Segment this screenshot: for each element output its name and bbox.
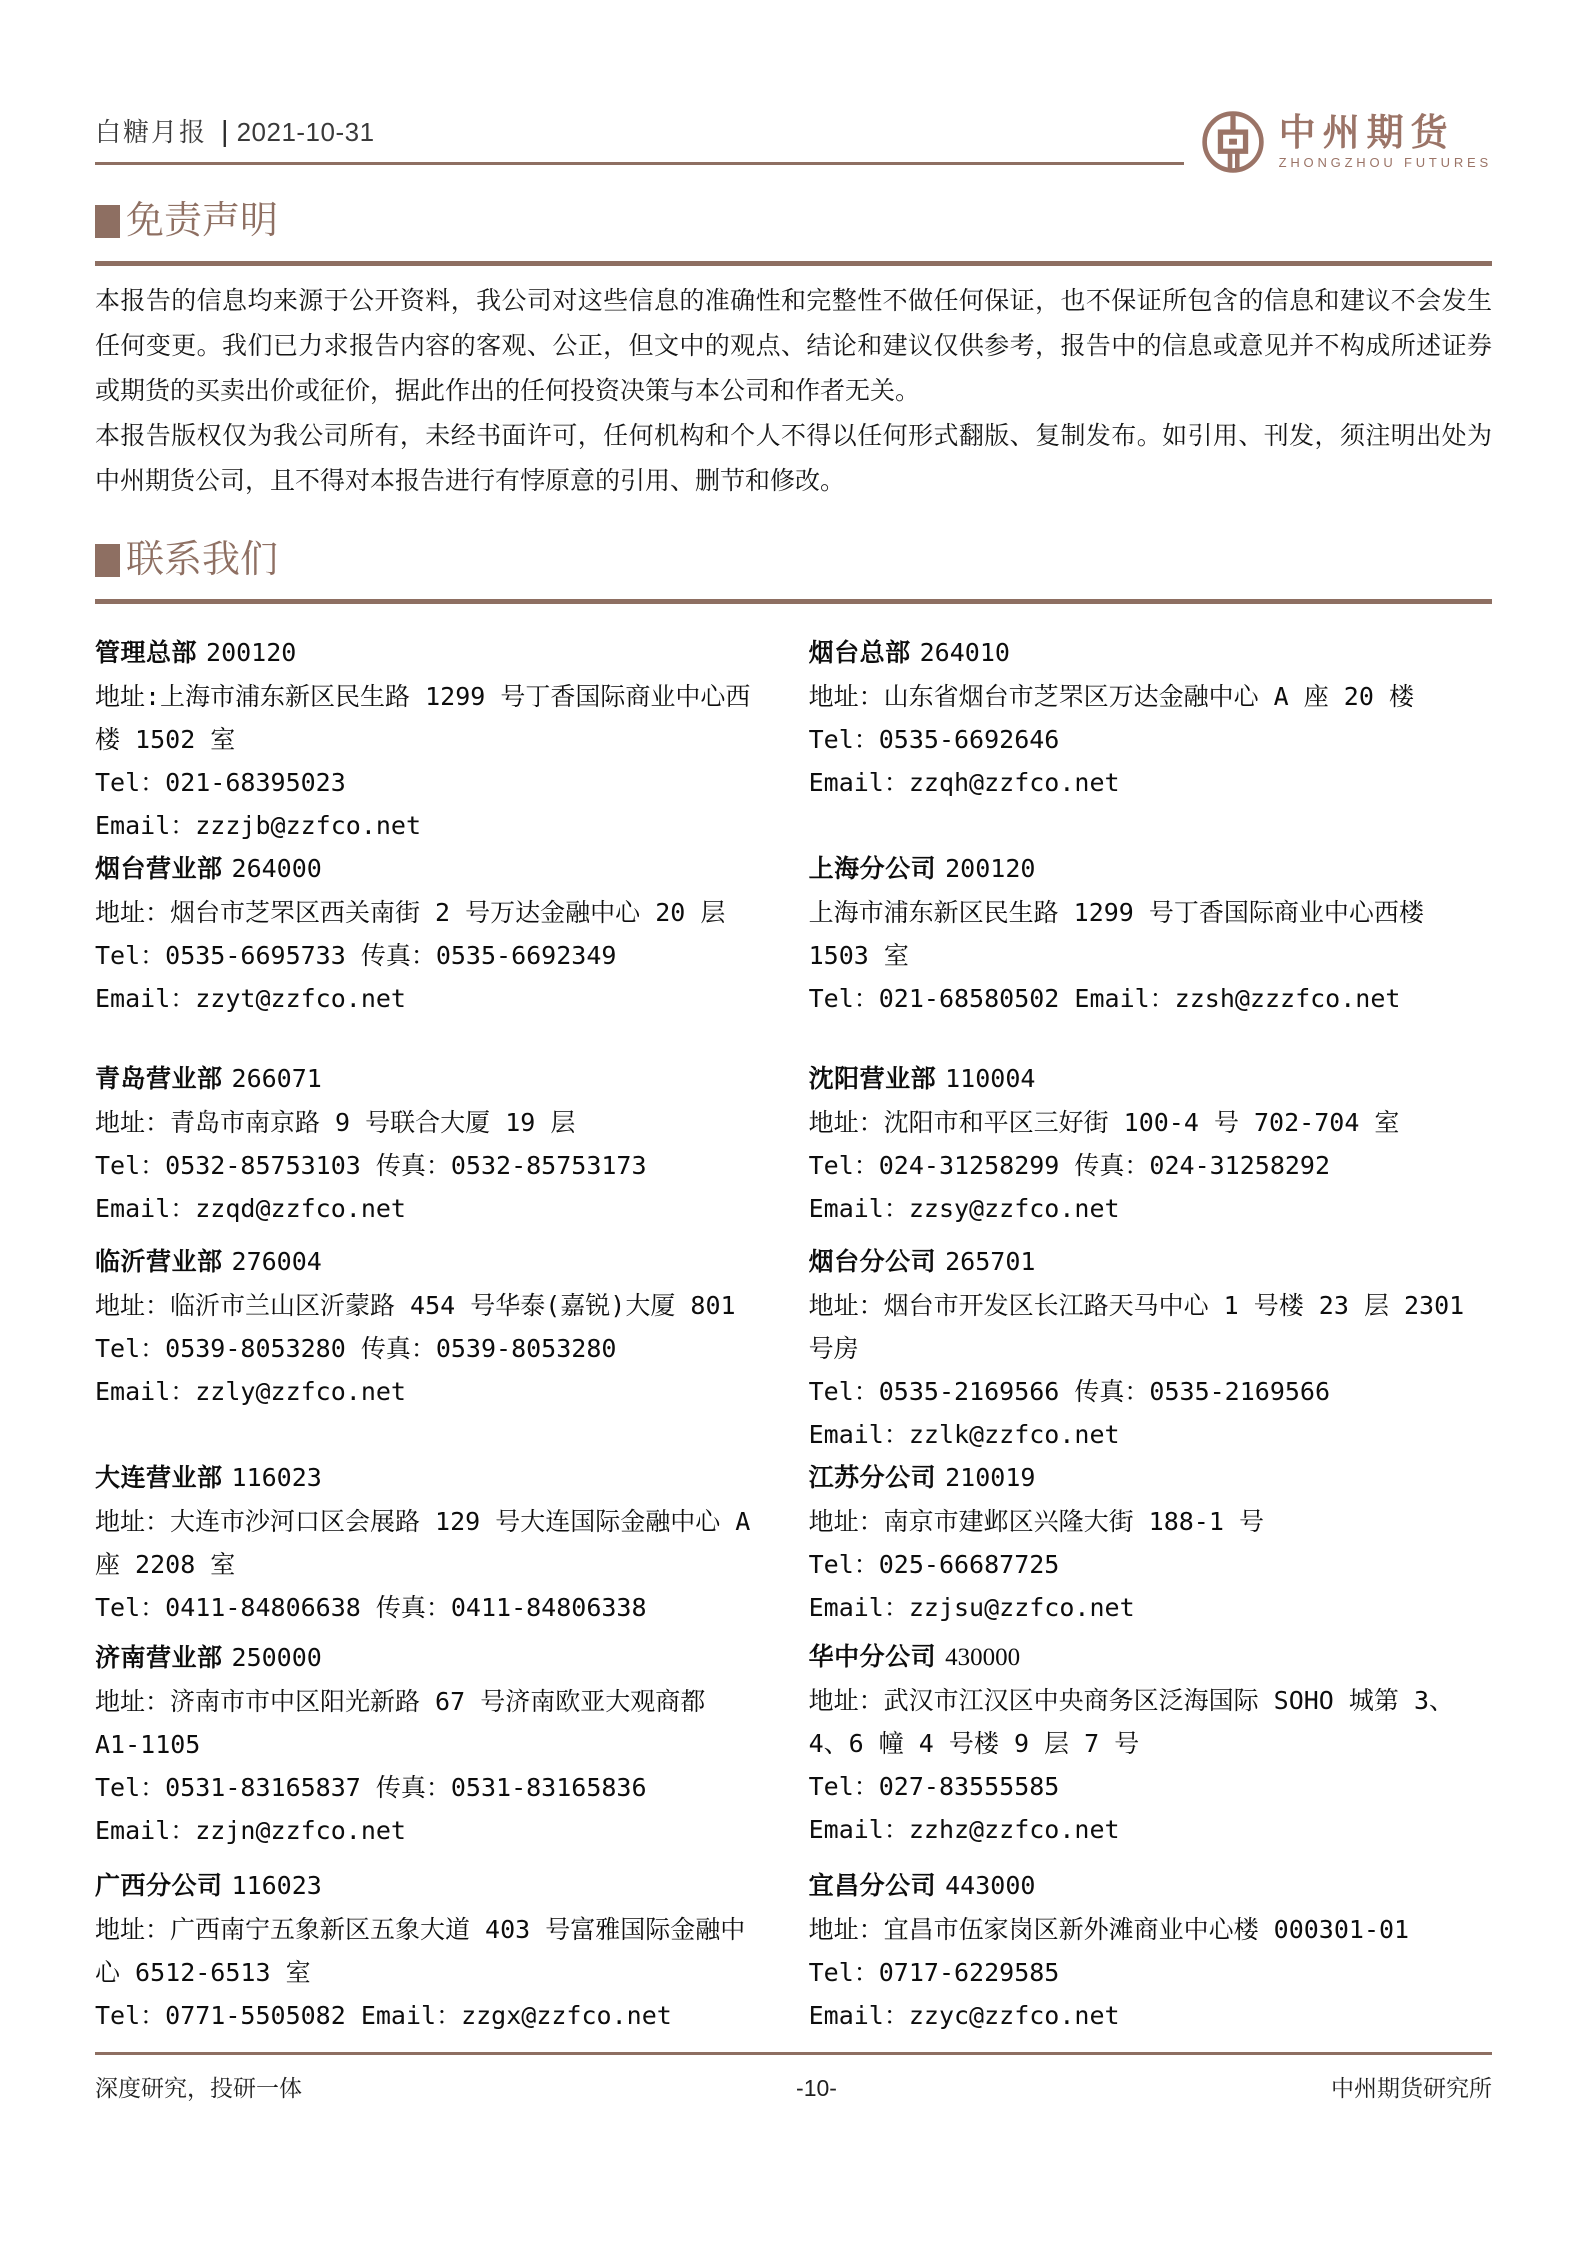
office-header: 烟台总部264010 <box>809 631 1492 675</box>
office-header: 烟台分公司265701 <box>809 1240 1492 1284</box>
disclaimer-title-rule <box>95 261 1492 266</box>
office-block: 烟台营业部264000 地址：烟台市芝罘区西关南街 2 号万达金融中心 20 层… <box>95 847 759 1020</box>
office-line: 地址：南京市建邺区兴隆大街 188-1 号 <box>809 1500 1492 1543</box>
office-header: 烟台营业部264000 <box>95 847 759 891</box>
office-header: 江苏分公司210019 <box>809 1456 1492 1500</box>
office-block: 沈阳营业部110004 地址：沈阳市和平区三好街 100-4 号 702-704… <box>809 1057 1492 1230</box>
contact-cell-right: 华中分公司430000 地址：武汉市江汉区中央商务区泛海国际 SOHO 城第 3… <box>809 1636 1492 1851</box>
office-postcode: 116023 <box>232 1871 322 1900</box>
page-footer: 深度研究，投研一体 -10- 中州期货研究所 <box>95 2052 1492 2103</box>
company-logo: 中州期货 ZHONGZHOU FUTURES <box>1184 106 1492 181</box>
office-line: 地址:上海市浦东新区民生路 1299 号丁香国际商业中心西楼 1502 室 <box>95 675 759 761</box>
office-name: 烟台营业部 <box>95 855 223 883</box>
office-postcode: 265701 <box>945 1247 1035 1276</box>
header-divider: | <box>221 116 229 149</box>
office-line: Tel：027-83555585 <box>809 1765 1492 1808</box>
contact-row: 临沂营业部276004 地址：临沂市兰山区沂蒙路 454 号华泰(嘉锐)大厦 8… <box>95 1240 1492 1456</box>
contact-cell-left: 广西分公司116023 地址：广西南宁五象新区五象大道 403 号富雅国际金融中… <box>95 1864 759 2037</box>
office-line: Tel：0532-85753103 传真：0532-85753173 <box>95 1144 759 1187</box>
contact-cell-right: 烟台总部264010 地址：山东省烟台市芝罘区万达金融中心 A 座 20 楼Te… <box>809 631 1492 804</box>
office-name: 宜昌分公司 <box>809 1872 937 1900</box>
office-block: 烟台总部264010 地址：山东省烟台市芝罘区万达金融中心 A 座 20 楼Te… <box>809 631 1492 804</box>
office-line: 地址：青岛市南京路 9 号联合大厦 19 层 <box>95 1101 759 1144</box>
section-title-contacts: 联系我们 <box>95 537 1492 585</box>
office-line: Email：zzlk@zzfco.net <box>809 1413 1492 1456</box>
office-block: 临沂营业部276004 地址：临沂市兰山区沂蒙路 454 号华泰(嘉锐)大厦 8… <box>95 1240 759 1413</box>
logo-mark-icon <box>1200 109 1266 175</box>
contact-row: 管理总部200120 地址:上海市浦东新区民生路 1299 号丁香国际商业中心西… <box>95 631 1492 847</box>
office-name: 上海分公司 <box>809 855 937 883</box>
office-line: Email：zzzjb@zzfco.net <box>95 804 759 847</box>
office-name: 烟台分公司 <box>809 1248 937 1276</box>
office-name: 临沂营业部 <box>95 1248 223 1276</box>
footer-institute: 中州期货研究所 <box>1331 2070 1492 2103</box>
contact-cell-left: 烟台营业部264000 地址：烟台市芝罘区西关南街 2 号万达金融中心 20 层… <box>95 847 759 1020</box>
contact-cell-left: 济南营业部250000 地址：济南市市中区阳光新路 67 号济南欧亚大观商都 A… <box>95 1636 759 1852</box>
office-line: Email：zzly@zzfco.net <box>95 1370 759 1413</box>
office-postcode: 266071 <box>232 1064 322 1093</box>
office-line: 地址：广西南宁五象新区五象大道 403 号富雅国际金融中心 6512-6513 … <box>95 1908 759 1994</box>
office-line: Tel：021-68580502 Email：zzsh@zzzfco.net <box>809 977 1492 1020</box>
office-line: Tel：0717-6229585 <box>809 1951 1492 1994</box>
doc-date: 2021-10-31 <box>237 117 375 148</box>
office-line: Email：zzsy@zzfco.net <box>809 1187 1492 1230</box>
brand-name-cn: 中州期货 <box>1279 114 1492 153</box>
office-postcode: 443000 <box>945 1871 1035 1900</box>
office-name: 管理总部 <box>95 639 197 667</box>
office-postcode: 200120 <box>206 638 296 667</box>
office-name: 济南营业部 <box>95 1644 223 1672</box>
office-header: 华中分公司430000 <box>809 1636 1492 1679</box>
contact-cell-right: 烟台分公司265701 地址：烟台市开发区长江路天马中心 1 号楼 23 层 2… <box>809 1240 1492 1456</box>
contact-row: 大连营业部116023 地址：大连市沙河口区会展路 129 号大连国际金融中心 … <box>95 1456 1492 1636</box>
office-postcode: 250000 <box>232 1643 322 1672</box>
office-name: 大连营业部 <box>95 1464 223 1492</box>
office-line: 地址：济南市市中区阳光新路 67 号济南欧亚大观商都 A1-1105 <box>95 1680 759 1766</box>
contacts-grid: 管理总部200120 地址:上海市浦东新区民生路 1299 号丁香国际商业中心西… <box>95 631 1492 2037</box>
office-block: 江苏分公司210019 地址：南京市建邺区兴隆大街 188-1 号Tel：025… <box>809 1456 1492 1629</box>
office-line: 地址：武汉市江汉区中央商务区泛海国际 SOHO 城第 3、4、6 幢 4 号楼 … <box>809 1679 1492 1765</box>
office-line: 地址：大连市沙河口区会展路 129 号大连国际金融中心 A 座 2208 室 <box>95 1500 759 1586</box>
contacts-title-rule <box>95 599 1492 604</box>
disclaimer-paragraph: 本报告版权仅为我公司所有，未经书面许可，任何机构和个人不得以任何形式翻版、复制发… <box>95 414 1492 504</box>
office-postcode: 264000 <box>232 854 322 883</box>
footer-slogan: 深度研究，投研一体 <box>95 2070 302 2103</box>
section-bullet-icon <box>95 205 120 238</box>
office-block: 烟台分公司265701 地址：烟台市开发区长江路天马中心 1 号楼 23 层 2… <box>809 1240 1492 1456</box>
office-line: Tel：0535-2169566 传真：0535-2169566 <box>809 1370 1492 1413</box>
contact-cell-left: 大连营业部116023 地址：大连市沙河口区会展路 129 号大连国际金融中心 … <box>95 1456 759 1629</box>
office-line: Email：zzjn@zzfco.net <box>95 1809 759 1852</box>
office-header: 管理总部200120 <box>95 631 759 675</box>
contact-cell-right: 宜昌分公司443000 地址：宜昌市伍家岗区新外滩商业中心楼 000301-01… <box>809 1864 1492 2037</box>
contact-cell-left: 临沂营业部276004 地址：临沂市兰山区沂蒙路 454 号华泰(嘉锐)大厦 8… <box>95 1240 759 1413</box>
brand-name-en: ZHONGZHOU FUTURES <box>1279 155 1492 170</box>
office-postcode: 276004 <box>232 1247 322 1276</box>
office-line: Email：zzjsu@zzfco.net <box>809 1586 1492 1629</box>
disclaimer-title: 免责声明 <box>126 198 278 246</box>
office-line: 地址：山东省烟台市芝罘区万达金融中心 A 座 20 楼 <box>809 675 1492 718</box>
office-block: 上海分公司200120 上海市浦东新区民生路 1299 号丁香国际商业中心西楼 … <box>809 847 1492 1020</box>
office-header: 济南营业部250000 <box>95 1636 759 1680</box>
office-line: 地址：烟台市芝罘区西关南街 2 号万达金融中心 20 层 <box>95 891 759 934</box>
office-line: Email：zzhz@zzfco.net <box>809 1808 1492 1851</box>
disclaimer-paragraph: 本报告的信息均来源于公开资料，我公司对这些信息的准确性和完整性不做任何保证，也不… <box>95 279 1492 414</box>
report-page: 白糖月报 | 2021-10-31 中州期货 <box>0 0 1587 2245</box>
contact-cell-right: 上海分公司200120 上海市浦东新区民生路 1299 号丁香国际商业中心西楼 … <box>809 847 1492 1020</box>
office-name: 广西分公司 <box>95 1872 223 1900</box>
office-header: 青岛营业部266071 <box>95 1057 759 1101</box>
contact-row: 青岛营业部266071 地址：青岛市南京路 9 号联合大厦 19 层Tel：05… <box>95 1057 1492 1240</box>
disclaimer-body: 本报告的信息均来源于公开资料，我公司对这些信息的准确性和完整性不做任何保证，也不… <box>95 279 1492 504</box>
contact-cell-left: 管理总部200120 地址:上海市浦东新区民生路 1299 号丁香国际商业中心西… <box>95 631 759 847</box>
office-block: 青岛营业部266071 地址：青岛市南京路 9 号联合大厦 19 层Tel：05… <box>95 1057 759 1230</box>
office-postcode: 210019 <box>945 1463 1035 1492</box>
contact-cell-right: 沈阳营业部110004 地址：沈阳市和平区三好街 100-4 号 702-704… <box>809 1057 1492 1230</box>
office-block: 华中分公司430000 地址：武汉市江汉区中央商务区泛海国际 SOHO 城第 3… <box>809 1636 1492 1851</box>
doc-title: 白糖月报 <box>95 112 207 149</box>
office-name: 华中分公司 <box>809 1643 937 1671</box>
office-line: Tel：021-68395023 <box>95 761 759 804</box>
office-name: 青岛营业部 <box>95 1065 223 1093</box>
office-line: Email：zzqd@zzfco.net <box>95 1187 759 1230</box>
office-header: 临沂营业部276004 <box>95 1240 759 1284</box>
office-line: 地址：临沂市兰山区沂蒙路 454 号华泰(嘉锐)大厦 801 <box>95 1284 759 1327</box>
contact-row: 广西分公司116023 地址：广西南宁五象新区五象大道 403 号富雅国际金融中… <box>95 1864 1492 2037</box>
office-line: Tel：0535-6692646 <box>809 718 1492 761</box>
page-number: -10- <box>796 2075 837 2102</box>
office-line: Tel：024-31258299 传真：024-31258292 <box>809 1144 1492 1187</box>
office-line: 地址：宜昌市伍家岗区新外滩商业中心楼 000301-01 <box>809 1908 1492 1951</box>
office-block: 大连营业部116023 地址：大连市沙河口区会展路 129 号大连国际金融中心 … <box>95 1456 759 1629</box>
office-block: 广西分公司116023 地址：广西南宁五象新区五象大道 403 号富雅国际金融中… <box>95 1864 759 2037</box>
office-name: 江苏分公司 <box>809 1464 937 1492</box>
page-header: 白糖月报 | 2021-10-31 中州期货 <box>95 0 1492 165</box>
office-block: 济南营业部250000 地址：济南市市中区阳光新路 67 号济南欧亚大观商都 A… <box>95 1636 759 1852</box>
office-header: 宜昌分公司443000 <box>809 1864 1492 1908</box>
office-postcode: 430000 <box>945 1644 1020 1671</box>
contact-row: 济南营业部250000 地址：济南市市中区阳光新路 67 号济南欧亚大观商都 A… <box>95 1636 1492 1864</box>
section-bullet-icon <box>95 544 120 577</box>
office-line: Email：zzqh@zzfco.net <box>809 761 1492 804</box>
office-name: 沈阳营业部 <box>809 1065 937 1093</box>
office-block: 管理总部200120 地址:上海市浦东新区民生路 1299 号丁香国际商业中心西… <box>95 631 759 847</box>
office-line: Tel：0535-6695733 传真：0535-6692349 <box>95 934 759 977</box>
office-name: 烟台总部 <box>809 639 911 667</box>
office-header: 大连营业部116023 <box>95 1456 759 1500</box>
section-title-disclaimer: 免责声明 <box>95 198 1492 246</box>
contacts-title: 联系我们 <box>126 537 278 585</box>
office-line: Tel：0531-83165837 传真：0531-83165836 <box>95 1766 759 1809</box>
contact-cell-right: 江苏分公司210019 地址：南京市建邺区兴隆大街 188-1 号Tel：025… <box>809 1456 1492 1629</box>
office-line: Email：zzyc@zzfco.net <box>809 1994 1492 2037</box>
office-postcode: 264010 <box>920 638 1010 667</box>
office-line: Email：zzyt@zzfco.net <box>95 977 759 1020</box>
office-postcode: 116023 <box>232 1463 322 1492</box>
office-line: 地址：烟台市开发区长江路天马中心 1 号楼 23 层 2301 号房 <box>809 1284 1492 1370</box>
office-line: 地址：沈阳市和平区三好街 100-4 号 702-704 室 <box>809 1101 1492 1144</box>
office-block: 宜昌分公司443000 地址：宜昌市伍家岗区新外滩商业中心楼 000301-01… <box>809 1864 1492 2037</box>
office-line: Tel：0771-5505082 Email：zzgx@zzfco.net <box>95 1994 759 2037</box>
contact-cell-left: 青岛营业部266071 地址：青岛市南京路 9 号联合大厦 19 层Tel：05… <box>95 1057 759 1230</box>
office-header: 广西分公司116023 <box>95 1864 759 1908</box>
logo-text: 中州期货 ZHONGZHOU FUTURES <box>1279 114 1492 171</box>
office-line: Tel：025-66687725 <box>809 1543 1492 1586</box>
office-line: Tel：0539-8053280 传真：0539-8053280 <box>95 1327 759 1370</box>
contact-row: 烟台营业部264000 地址：烟台市芝罘区西关南街 2 号万达金融中心 20 层… <box>95 847 1492 1057</box>
office-postcode: 110004 <box>945 1064 1035 1093</box>
office-header: 上海分公司200120 <box>809 847 1492 891</box>
office-line: Tel：0411-84806638 传真：0411-84806338 <box>95 1586 759 1629</box>
office-header: 沈阳营业部110004 <box>809 1057 1492 1101</box>
office-postcode: 200120 <box>945 854 1035 883</box>
office-line: 上海市浦东新区民生路 1299 号丁香国际商业中心西楼 1503 室 <box>809 891 1492 977</box>
